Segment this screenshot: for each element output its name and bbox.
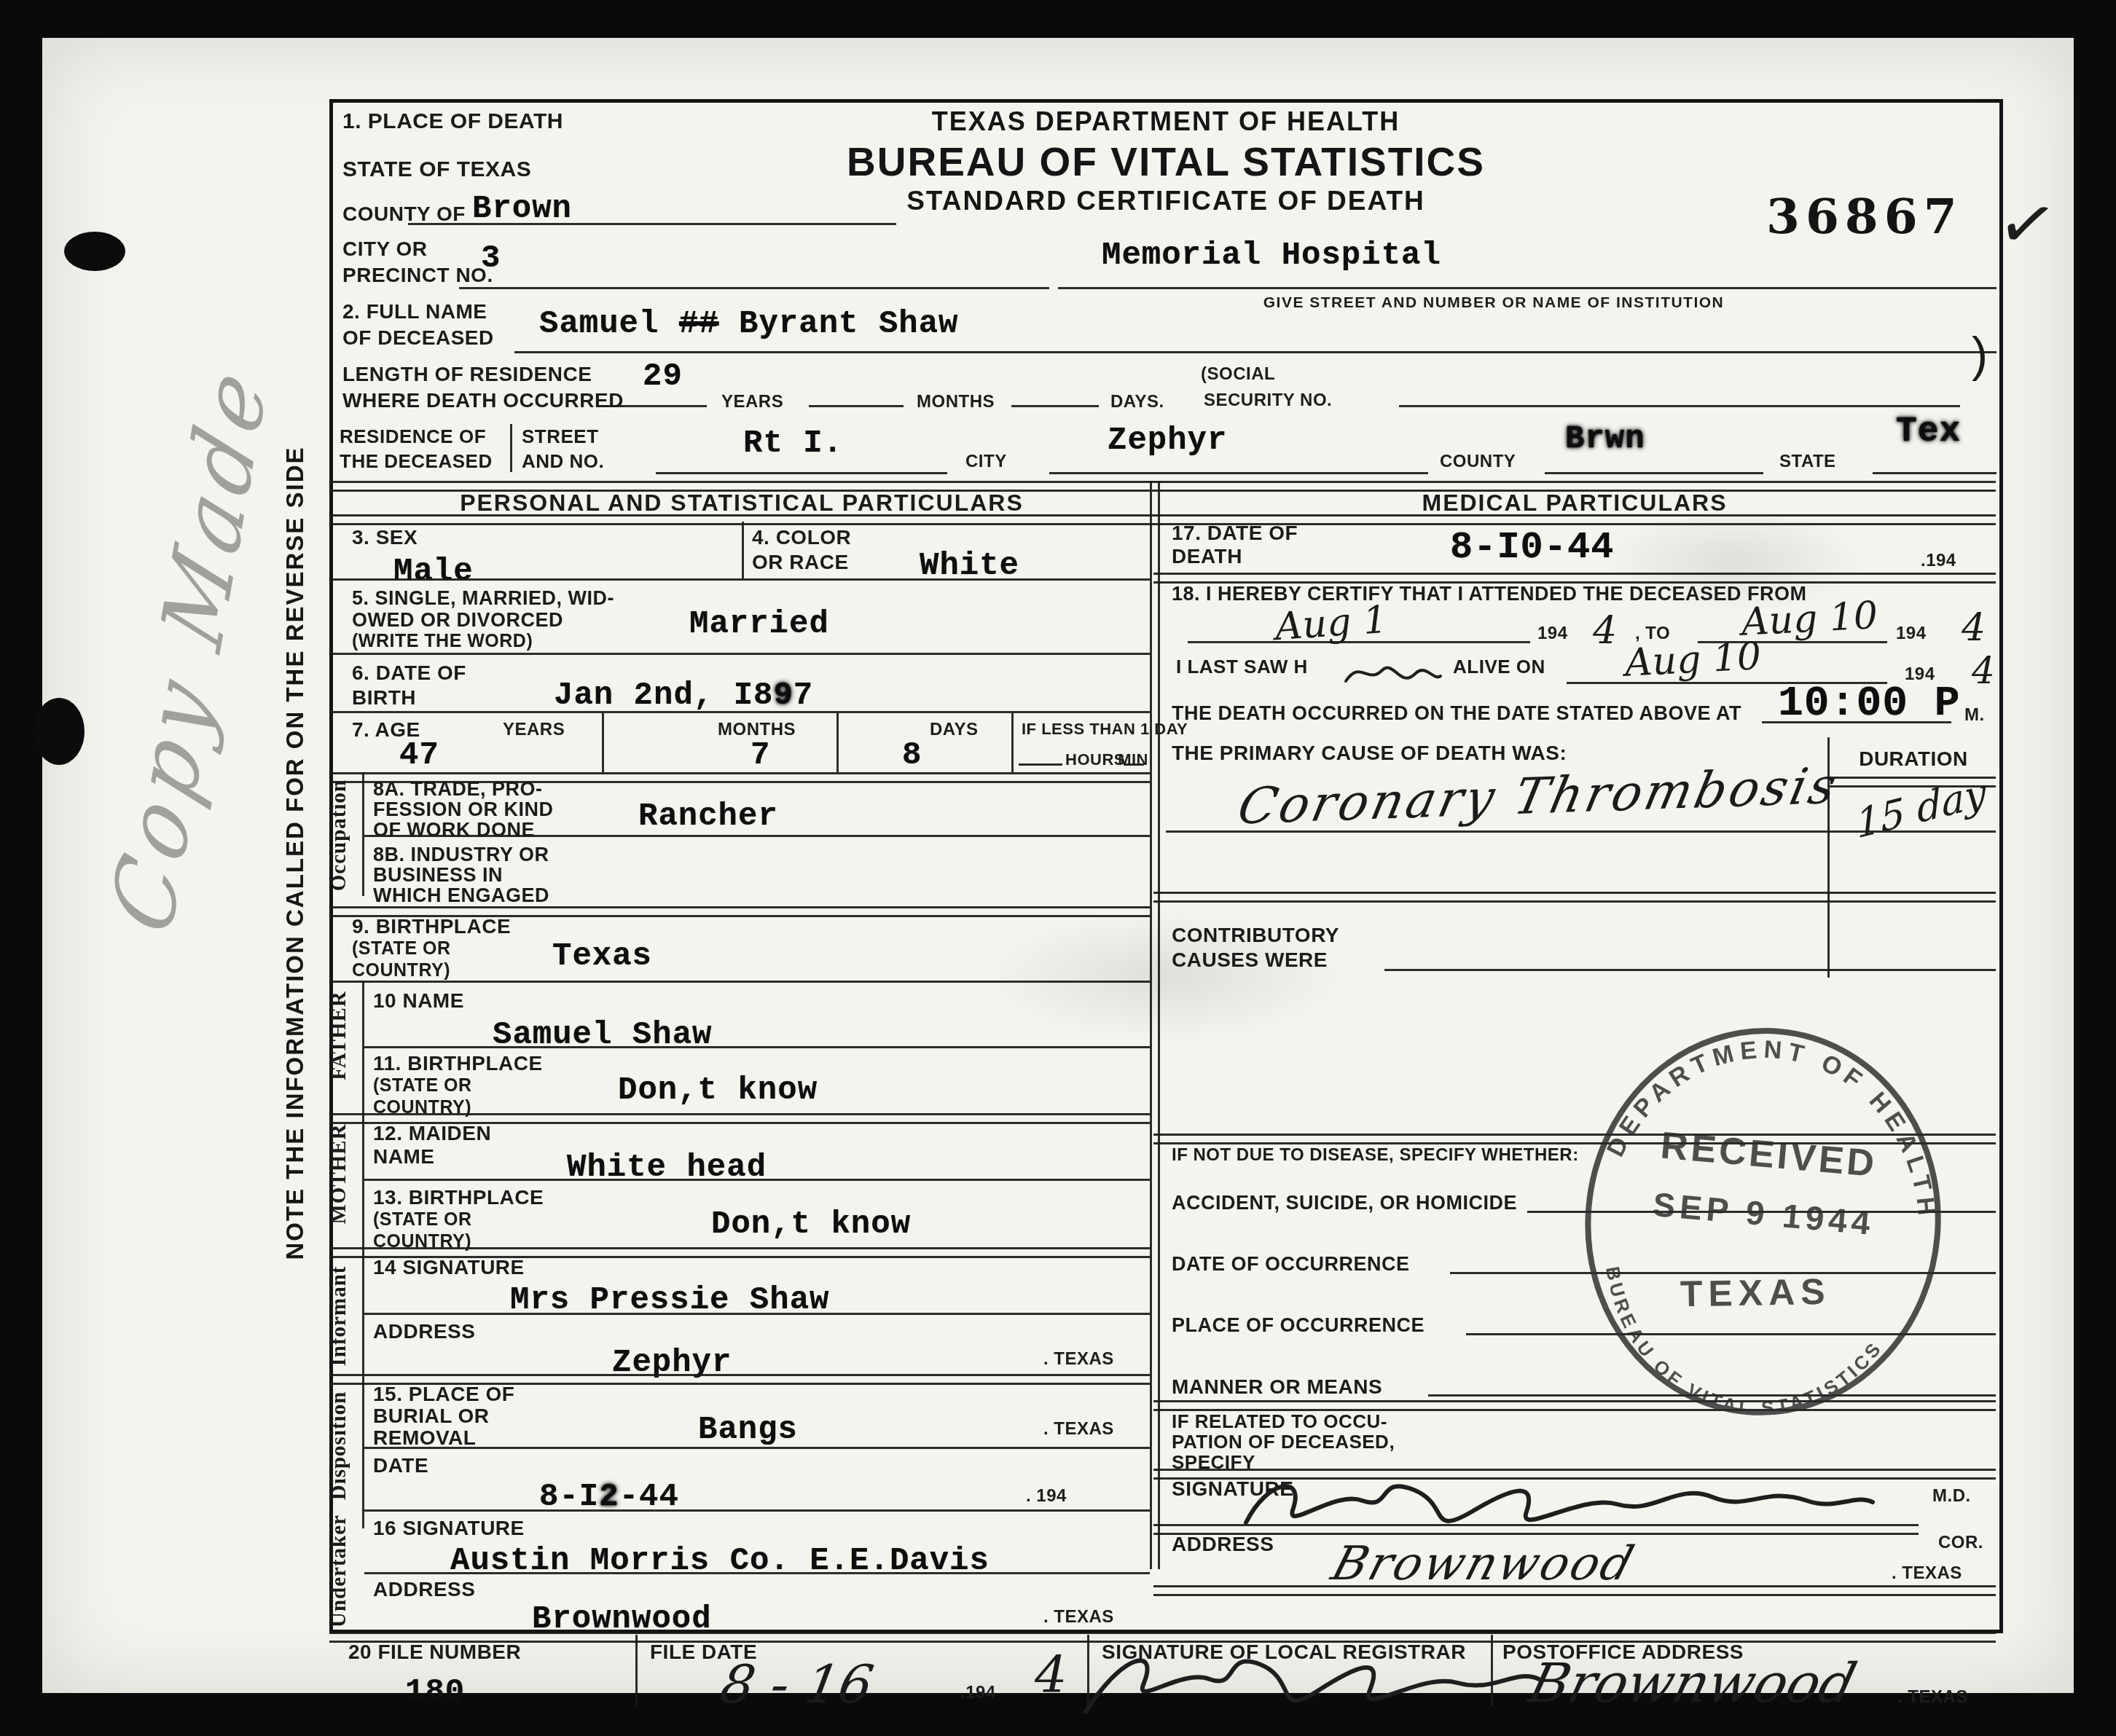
cause-bottomline bbox=[1153, 892, 1996, 903]
ssn-label1: (SOCIAL bbox=[1201, 364, 1275, 385]
burial-year-hint: . 194 bbox=[1026, 1486, 1067, 1507]
last-saw-label2: ALIVE ON bbox=[1453, 656, 1545, 678]
industry-label3: WHICH ENGAGED bbox=[373, 884, 549, 907]
precinct-writeline bbox=[459, 287, 1049, 289]
maiden-label2: NAME bbox=[373, 1145, 434, 1169]
dob-label2: BIRTH bbox=[352, 686, 416, 710]
county-writeline bbox=[408, 223, 896, 225]
age-div2 bbox=[836, 713, 839, 772]
attended-to-date: Aug 10 bbox=[1741, 594, 1879, 645]
medical-section-header: MEDICAL PARTICULARS bbox=[1153, 490, 1996, 517]
row3-line bbox=[332, 578, 1150, 581]
alive-on-date: Aug 10 bbox=[1624, 635, 1763, 686]
postoffice-value: Brownwood bbox=[1522, 1652, 1862, 1715]
md-label: M.D. bbox=[1932, 1486, 1971, 1507]
and-no-label: AND NO. bbox=[522, 450, 604, 473]
city-value: Zephyr bbox=[1108, 423, 1227, 459]
res-county-value: Brwn bbox=[1565, 421, 1645, 457]
stamp-texas: TEXAS bbox=[1680, 1271, 1831, 1315]
dob-part-c: 7 bbox=[793, 677, 813, 714]
res-county-label: COUNTY bbox=[1440, 452, 1516, 472]
marital-value: Married bbox=[689, 606, 829, 643]
meridiem-label: M. bbox=[1964, 705, 1985, 726]
street-writeline bbox=[656, 472, 947, 474]
physician-addr-value: Brownwood bbox=[1325, 1537, 1641, 1591]
age-years-label: YEARS bbox=[503, 720, 565, 740]
ssn-writeline bbox=[1399, 405, 1960, 407]
dob-label1: 6. DATE OF bbox=[352, 661, 466, 685]
mother-bp-label2: (STATE OR bbox=[373, 1209, 472, 1230]
residence-divider bbox=[510, 424, 512, 472]
father-bp-value: Don,t know bbox=[618, 1072, 818, 1109]
file-date-value: 8 - 16 bbox=[716, 1654, 878, 1715]
hours-writeline bbox=[1019, 763, 1062, 766]
violence-intro: IF NOT DUE TO DISEASE, SPECIFY WHETHER: bbox=[1172, 1145, 1579, 1166]
occupation-margin-label: Occupation bbox=[327, 755, 351, 916]
physician-addr-label: ADDRESS bbox=[1172, 1533, 1274, 1556]
dod-label2: DEATH bbox=[1172, 545, 1242, 568]
years-writeline bbox=[605, 405, 707, 407]
contributory-label1: CONTRIBUTORY bbox=[1172, 924, 1339, 947]
precinct-value: 3 bbox=[481, 240, 501, 277]
maiden-label1: 12. MAIDEN bbox=[373, 1122, 491, 1145]
disposition-date-line bbox=[364, 1509, 1150, 1512]
residence-label1: LENGTH OF RESIDENCE bbox=[342, 363, 592, 386]
from-year-print: 194 bbox=[1537, 624, 1568, 644]
institution-value: Memorial Hospital bbox=[1102, 237, 1441, 274]
occurrence-date-label: DATE OF OCCURRENCE bbox=[1172, 1253, 1410, 1276]
deceased-name-struck: ## bbox=[679, 306, 719, 342]
street-value: Rt I. bbox=[743, 425, 843, 462]
row9-line bbox=[332, 981, 1150, 983]
age-months-value: 7 bbox=[751, 737, 770, 774]
duration-label: DURATION bbox=[1836, 747, 1991, 771]
postoffice-state: . TEXAS bbox=[1897, 1687, 1968, 1708]
row10-line bbox=[364, 1046, 1150, 1048]
city-or-label: CITY OR bbox=[342, 237, 428, 261]
state-of-texas-label: STATE OF TEXAS bbox=[342, 157, 531, 182]
trade-label2: FESSION OR KIND bbox=[373, 798, 554, 821]
undertaker-addr-state: . TEXAS bbox=[1043, 1607, 1114, 1627]
father-margin-label: FATHER bbox=[327, 956, 351, 1116]
years-label: YEARS bbox=[721, 392, 783, 412]
residence-label2: WHERE DEATH OCCURRED bbox=[342, 389, 624, 412]
row14-line bbox=[364, 1313, 1150, 1315]
last-saw-label1: I LAST SAW H bbox=[1176, 656, 1308, 678]
place-of-death-label: 1. PLACE OF DEATH bbox=[342, 109, 563, 134]
row12-line bbox=[364, 1179, 1150, 1181]
margin-note-reverse-side: NOTE THE INFORMATION CALLED FOR ON THE R… bbox=[281, 288, 309, 1418]
occupation-strip-line bbox=[362, 772, 364, 896]
res-state-label: STATE bbox=[1779, 452, 1836, 472]
burial-label2: BURIAL OR bbox=[373, 1405, 490, 1428]
punch-hole bbox=[34, 698, 85, 765]
months-writeline bbox=[809, 405, 904, 407]
street-label: STREET bbox=[522, 425, 599, 448]
sex-color-divider bbox=[742, 522, 744, 578]
res-state-value: Tex bbox=[1896, 412, 1961, 452]
related-label1: IF RELATED TO OCCU- bbox=[1172, 1410, 1387, 1433]
birthplace-label3: COUNTRY) bbox=[352, 960, 450, 981]
received-stamp: DEPARTMENT OF HEALTH BUREAU OF VITAL STA… bbox=[1550, 998, 1978, 1439]
occurrence-place-label: PLACE OF OCCURRENCE bbox=[1172, 1314, 1425, 1337]
row5-line bbox=[332, 653, 1150, 655]
stamp-received: RECEIVED bbox=[1659, 1124, 1879, 1185]
mother-bp-label1: 13. BIRTHPLACE bbox=[373, 1186, 544, 1209]
title-bureau: BUREAU OF VITAL STATISTICS bbox=[758, 138, 1574, 185]
undertaker-addr-label: ADDRESS bbox=[373, 1578, 475, 1601]
deceased-first-name: Samuel bbox=[539, 306, 659, 342]
registrar-signature bbox=[1078, 1639, 1545, 1734]
related-label2: PATION OF DECEASED, bbox=[1172, 1431, 1395, 1453]
full-name-label2: OF DECEASED bbox=[342, 326, 494, 350]
months-label: MONTHS bbox=[917, 392, 995, 412]
from-writeline bbox=[1188, 641, 1530, 643]
physician-addr-line bbox=[1153, 1585, 1996, 1596]
burial-date-label: DATE bbox=[373, 1454, 428, 1477]
informant-sig-label: 14 SIGNATURE bbox=[373, 1256, 525, 1279]
days-label: DAYS. bbox=[1110, 392, 1164, 412]
institution-hint: GIVE STREET AND NUMBER OR NAME OF INSTIT… bbox=[1093, 294, 1894, 312]
dob-part-b: 9 bbox=[773, 677, 793, 714]
age-years-value: 47 bbox=[399, 737, 439, 774]
industry-label1: 8B. INDUSTRY OR bbox=[373, 844, 549, 866]
title-department: TEXAS DEPARTMENT OF HEALTH bbox=[758, 106, 1574, 137]
mother-margin-label: MOTHER bbox=[327, 1094, 351, 1254]
burial-value: Bangs bbox=[698, 1412, 798, 1448]
residence-of-label: RESIDENCE OF bbox=[340, 425, 486, 448]
undertaker-sig-label: 16 SIGNATURE bbox=[373, 1517, 525, 1540]
to-year-digit: 4 bbox=[1962, 606, 1986, 650]
personal-section-header: PERSONAL AND STATISTICAL PARTICULARS bbox=[332, 490, 1152, 517]
father-bp-label1: 11. BIRTHPLACE bbox=[373, 1052, 543, 1075]
dob-part-a: Jan 2nd, I8 bbox=[554, 677, 773, 714]
marital-label1: 5. SINGLE, MARRIED, WID- bbox=[352, 587, 614, 610]
the-deceased-label: THE DECEASED bbox=[340, 450, 493, 473]
deceased-name: Samuel ## Byrant Shaw bbox=[539, 306, 959, 342]
dod-value: 8-I0-44 bbox=[1450, 526, 1614, 569]
title-block: TEXAS DEPARTMENT OF HEALTH BUREAU OF VIT… bbox=[758, 106, 1574, 216]
father-bp-label2: (STATE OR bbox=[373, 1075, 472, 1096]
marital-label2: OWED OR DIVORCED bbox=[352, 609, 563, 632]
row8a-line bbox=[364, 835, 1150, 837]
res-state-writeline bbox=[1873, 472, 1997, 474]
sex-value: Male bbox=[393, 554, 474, 590]
trade-label1: 8A. TRADE, PRO- bbox=[373, 778, 543, 801]
res-county-writeline bbox=[1545, 472, 1763, 474]
informant-addr-state: . TEXAS bbox=[1043, 1349, 1114, 1370]
section-bottomline bbox=[329, 514, 1996, 525]
stamp-date: SEP 9 1944 bbox=[1651, 1185, 1876, 1242]
file-year-digit: 4 bbox=[1035, 1645, 1067, 1705]
certify-statement: 18. I HEREBY CERTIFY THAT I ATTENDED THE… bbox=[1172, 583, 1807, 605]
institution-writeline bbox=[1058, 287, 1997, 289]
alive-year-digit: 4 bbox=[1972, 650, 1995, 692]
dod-year-hint: .194 bbox=[1921, 551, 1956, 571]
physician-addr-state: . TEXAS bbox=[1892, 1563, 1962, 1584]
name-writeline bbox=[514, 351, 1997, 353]
burial-label1: 15. PLACE OF bbox=[373, 1383, 514, 1406]
deceased-rest-name: Byrant Shaw bbox=[739, 306, 958, 342]
death-occurred-label: THE DEATH OCCURRED ON THE DATE STATED AB… bbox=[1172, 702, 1741, 725]
contributory-label2: CAUSES WERE bbox=[1172, 948, 1328, 972]
days-writeline bbox=[1011, 405, 1099, 407]
punch-hole bbox=[64, 232, 125, 271]
cor-label: COR. bbox=[1938, 1533, 1983, 1553]
precinct-no-label: PRECINCT NO. bbox=[342, 264, 493, 287]
min-label: MIN bbox=[1116, 750, 1148, 769]
contributory-writeline bbox=[1384, 969, 1996, 971]
age-days-value: 8 bbox=[902, 737, 922, 774]
file-year-hint: .194 bbox=[960, 1683, 996, 1703]
last-saw-scribble bbox=[1342, 648, 1444, 692]
informant-addr-label: ADDRESS bbox=[373, 1320, 475, 1343]
time-writeline bbox=[1762, 721, 1951, 723]
city-writeline bbox=[1049, 472, 1428, 474]
city-label: CITY bbox=[965, 452, 1007, 472]
row6-line bbox=[332, 711, 1150, 713]
sex-label: 3. SEX bbox=[352, 526, 418, 549]
age-div3 bbox=[1011, 713, 1014, 772]
undertaker-margin-label: Undertaker bbox=[327, 1491, 351, 1651]
burial-state: . TEXAS bbox=[1043, 1419, 1114, 1440]
file-number-value: 180 bbox=[405, 1674, 465, 1711]
birthplace-value: Texas bbox=[552, 938, 652, 975]
less-than-day-label: IF LESS THAN 1 DAY bbox=[1022, 720, 1188, 739]
dod-label1: 17. DATE OF bbox=[1172, 522, 1298, 545]
birthplace-label1: 9. BIRTHPLACE bbox=[352, 915, 511, 938]
father-name-label: 10 NAME bbox=[373, 989, 464, 1013]
file-number-label: 20 FILE NUMBER bbox=[348, 1641, 521, 1664]
color-label1: 4. COLOR bbox=[752, 526, 851, 549]
stamp-arc-top: DEPARTMENT OF HEALTH bbox=[1597, 1022, 1955, 1225]
row15-line bbox=[364, 1447, 1150, 1449]
residence-years-value: 29 bbox=[643, 358, 683, 395]
accident-label: ACCIDENT, SUICIDE, OR HOMICIDE bbox=[1172, 1192, 1517, 1214]
to-year-print: 194 bbox=[1896, 624, 1927, 644]
age-days-label: DAYS bbox=[930, 720, 978, 740]
dob-value: Jan 2nd, I897 bbox=[554, 677, 813, 714]
manner-label: MANNER OR MEANS bbox=[1172, 1375, 1382, 1399]
svg-text:DEPARTMENT OF HEALTH: DEPARTMENT OF HEALTH bbox=[1597, 1022, 1955, 1225]
row16-line bbox=[364, 1572, 1150, 1574]
title-certificate: STANDARD CERTIFICATE OF DEATH bbox=[758, 186, 1574, 216]
ssn-label2: SECURITY NO. bbox=[1204, 390, 1332, 411]
primary-cause-label: THE PRIMARY CAUSE OF DEATH WAS: bbox=[1172, 742, 1567, 765]
mother-bp-value: Don,t know bbox=[711, 1206, 911, 1243]
full-name-label1: 2. FULL NAME bbox=[342, 300, 487, 323]
file-div1 bbox=[635, 1635, 638, 1706]
cause-writeline bbox=[1166, 830, 1996, 833]
closing-paren: ) bbox=[1972, 326, 1988, 382]
trade-value: Rancher bbox=[638, 798, 778, 835]
scanned-death-certificate: NOTE THE INFORMATION CALLED FOR ON THE R… bbox=[0, 0, 2116, 1736]
color-label2: OR RACE bbox=[752, 551, 849, 574]
trade-label3: OF WORK DONE bbox=[373, 819, 535, 841]
marital-label3: (WRITE THE WORD) bbox=[352, 631, 533, 652]
age-div1 bbox=[602, 713, 604, 772]
industry-label2: BUSINESS IN bbox=[373, 864, 503, 887]
row17-line bbox=[1153, 573, 1996, 584]
from-year-digit: 4 bbox=[1593, 609, 1617, 653]
certificate-number: 36867 bbox=[1766, 188, 1963, 245]
birthplace-label2: (STATE OR bbox=[352, 938, 451, 959]
county-value: Brown bbox=[472, 191, 572, 227]
